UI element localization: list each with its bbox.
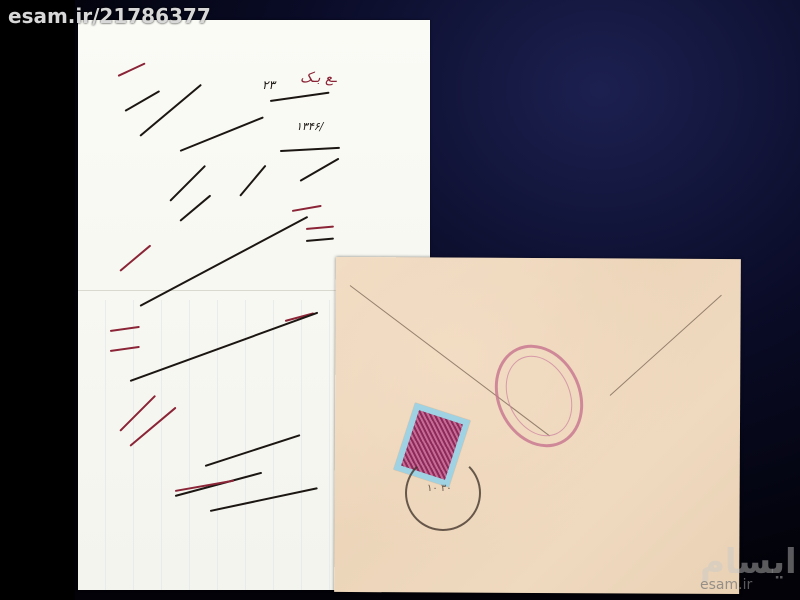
postmark: ٣٠ ١٠ (405, 455, 481, 531)
header-word: ـع بـک (300, 70, 337, 86)
postmark-text: ٣٠ ١٠ (427, 483, 452, 494)
watermark-latin: esam.ir (700, 577, 752, 593)
header-date: ۱۳۴۶/ (296, 120, 323, 133)
background-shadow (0, 0, 75, 600)
watermark-url: esam.ir/21786377 (8, 4, 211, 28)
watermark-logo: ایسام esam.ir (700, 545, 797, 579)
watermark-persian: ایسام (700, 545, 797, 579)
header-number: ۲۳ (262, 78, 275, 92)
